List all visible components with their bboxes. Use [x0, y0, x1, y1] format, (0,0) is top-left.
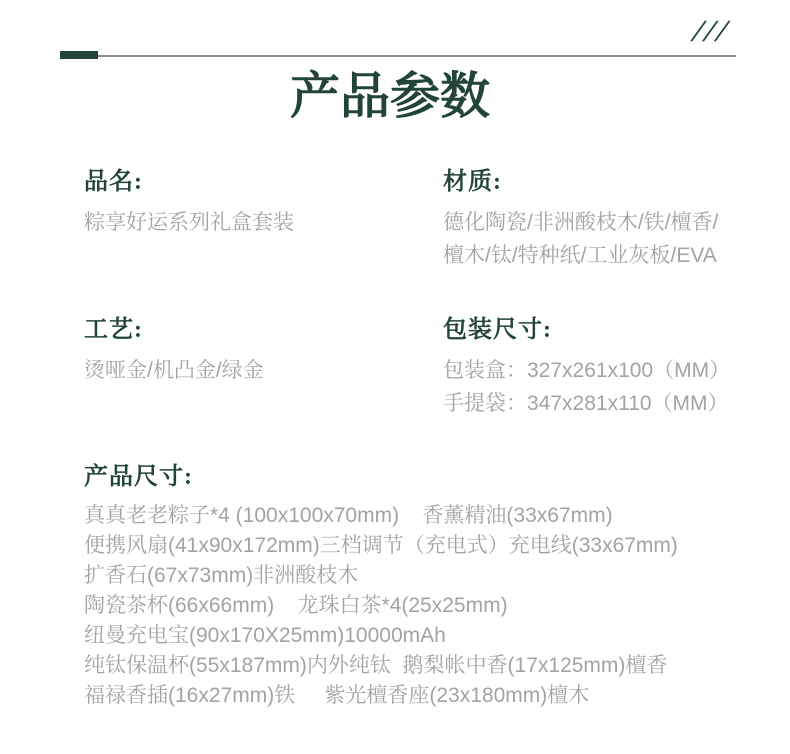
spec-value-product-size-line: 纯钛保温杯(55x187mm)内外纯钛 鹅梨帐中香(17x125mm)檀香	[84, 651, 764, 681]
spec-value-material-line: 德化陶瓷/非洲酸枝木/铁/檀香/	[443, 206, 773, 239]
spec-value-product-size-line: 福禄香插(16x27mm)铁 紫光檀香座(23x180mm)檀木	[84, 681, 764, 711]
spec-label-package-size: 包装尺寸:	[443, 316, 783, 344]
spec-material: 材质: 德化陶瓷/非洲酸枝木/铁/檀香/ 檀木/钛/特种纸/工业灰板/EVA	[443, 168, 773, 272]
spec-value-product-size-line: 陶瓷茶杯(66x66mm) 龙珠白茶*4(25x25mm)	[84, 591, 764, 621]
spec-craft: 工艺: 烫哑金/机凸金/绿金	[84, 316, 414, 387]
spec-label-product-name: 品名:	[84, 168, 414, 196]
spec-value-package-box: 包装盒：327x261x100（MM）	[443, 354, 783, 387]
triple-slash-icon: ///	[690, 16, 733, 48]
spec-product-size: 产品尺寸: 真真老老粽子*4 (100x100x70mm) 香薰精油(33x67…	[84, 463, 764, 711]
page-title: 产品参数	[0, 70, 780, 123]
spec-package-size: 包装尺寸: 包装盒：327x261x100（MM） 手提袋：347x281x11…	[443, 316, 783, 420]
spec-label-material: 材质:	[443, 168, 773, 196]
spec-value-product-size-line: 扩香石(67x73mm)非洲酸枝木	[84, 561, 764, 591]
spec-label-craft: 工艺:	[84, 316, 414, 344]
header-divider-accent-bar	[60, 51, 98, 59]
spec-value-product-size-line: 纽曼充电宝(90x170X25mm)10000mAh	[84, 621, 764, 651]
spec-value-craft: 烫哑金/机凸金/绿金	[84, 354, 414, 387]
spec-value-product-name: 粽享好运系列礼盒套装	[84, 206, 414, 239]
spec-value-product-size-line: 便携风扇(41x90x172mm)三档调节（充电式）充电线(33x67mm)	[84, 531, 764, 561]
header-divider-line	[60, 55, 736, 57]
spec-value-package-bag: 手提袋：347x281x110（MM）	[443, 387, 783, 420]
spec-value-material-line: 檀木/钛/特种纸/工业灰板/EVA	[443, 239, 773, 272]
product-parameters-page: /// 产品参数 品名: 粽享好运系列礼盒套装 材质: 德化陶瓷/非洲酸枝木/铁…	[0, 0, 790, 754]
spec-product-name: 品名: 粽享好运系列礼盒套装	[84, 168, 414, 239]
spec-label-product-size: 产品尺寸:	[84, 463, 764, 491]
spec-value-product-size-line: 真真老老粽子*4 (100x100x70mm) 香薰精油(33x67mm)	[84, 501, 764, 531]
